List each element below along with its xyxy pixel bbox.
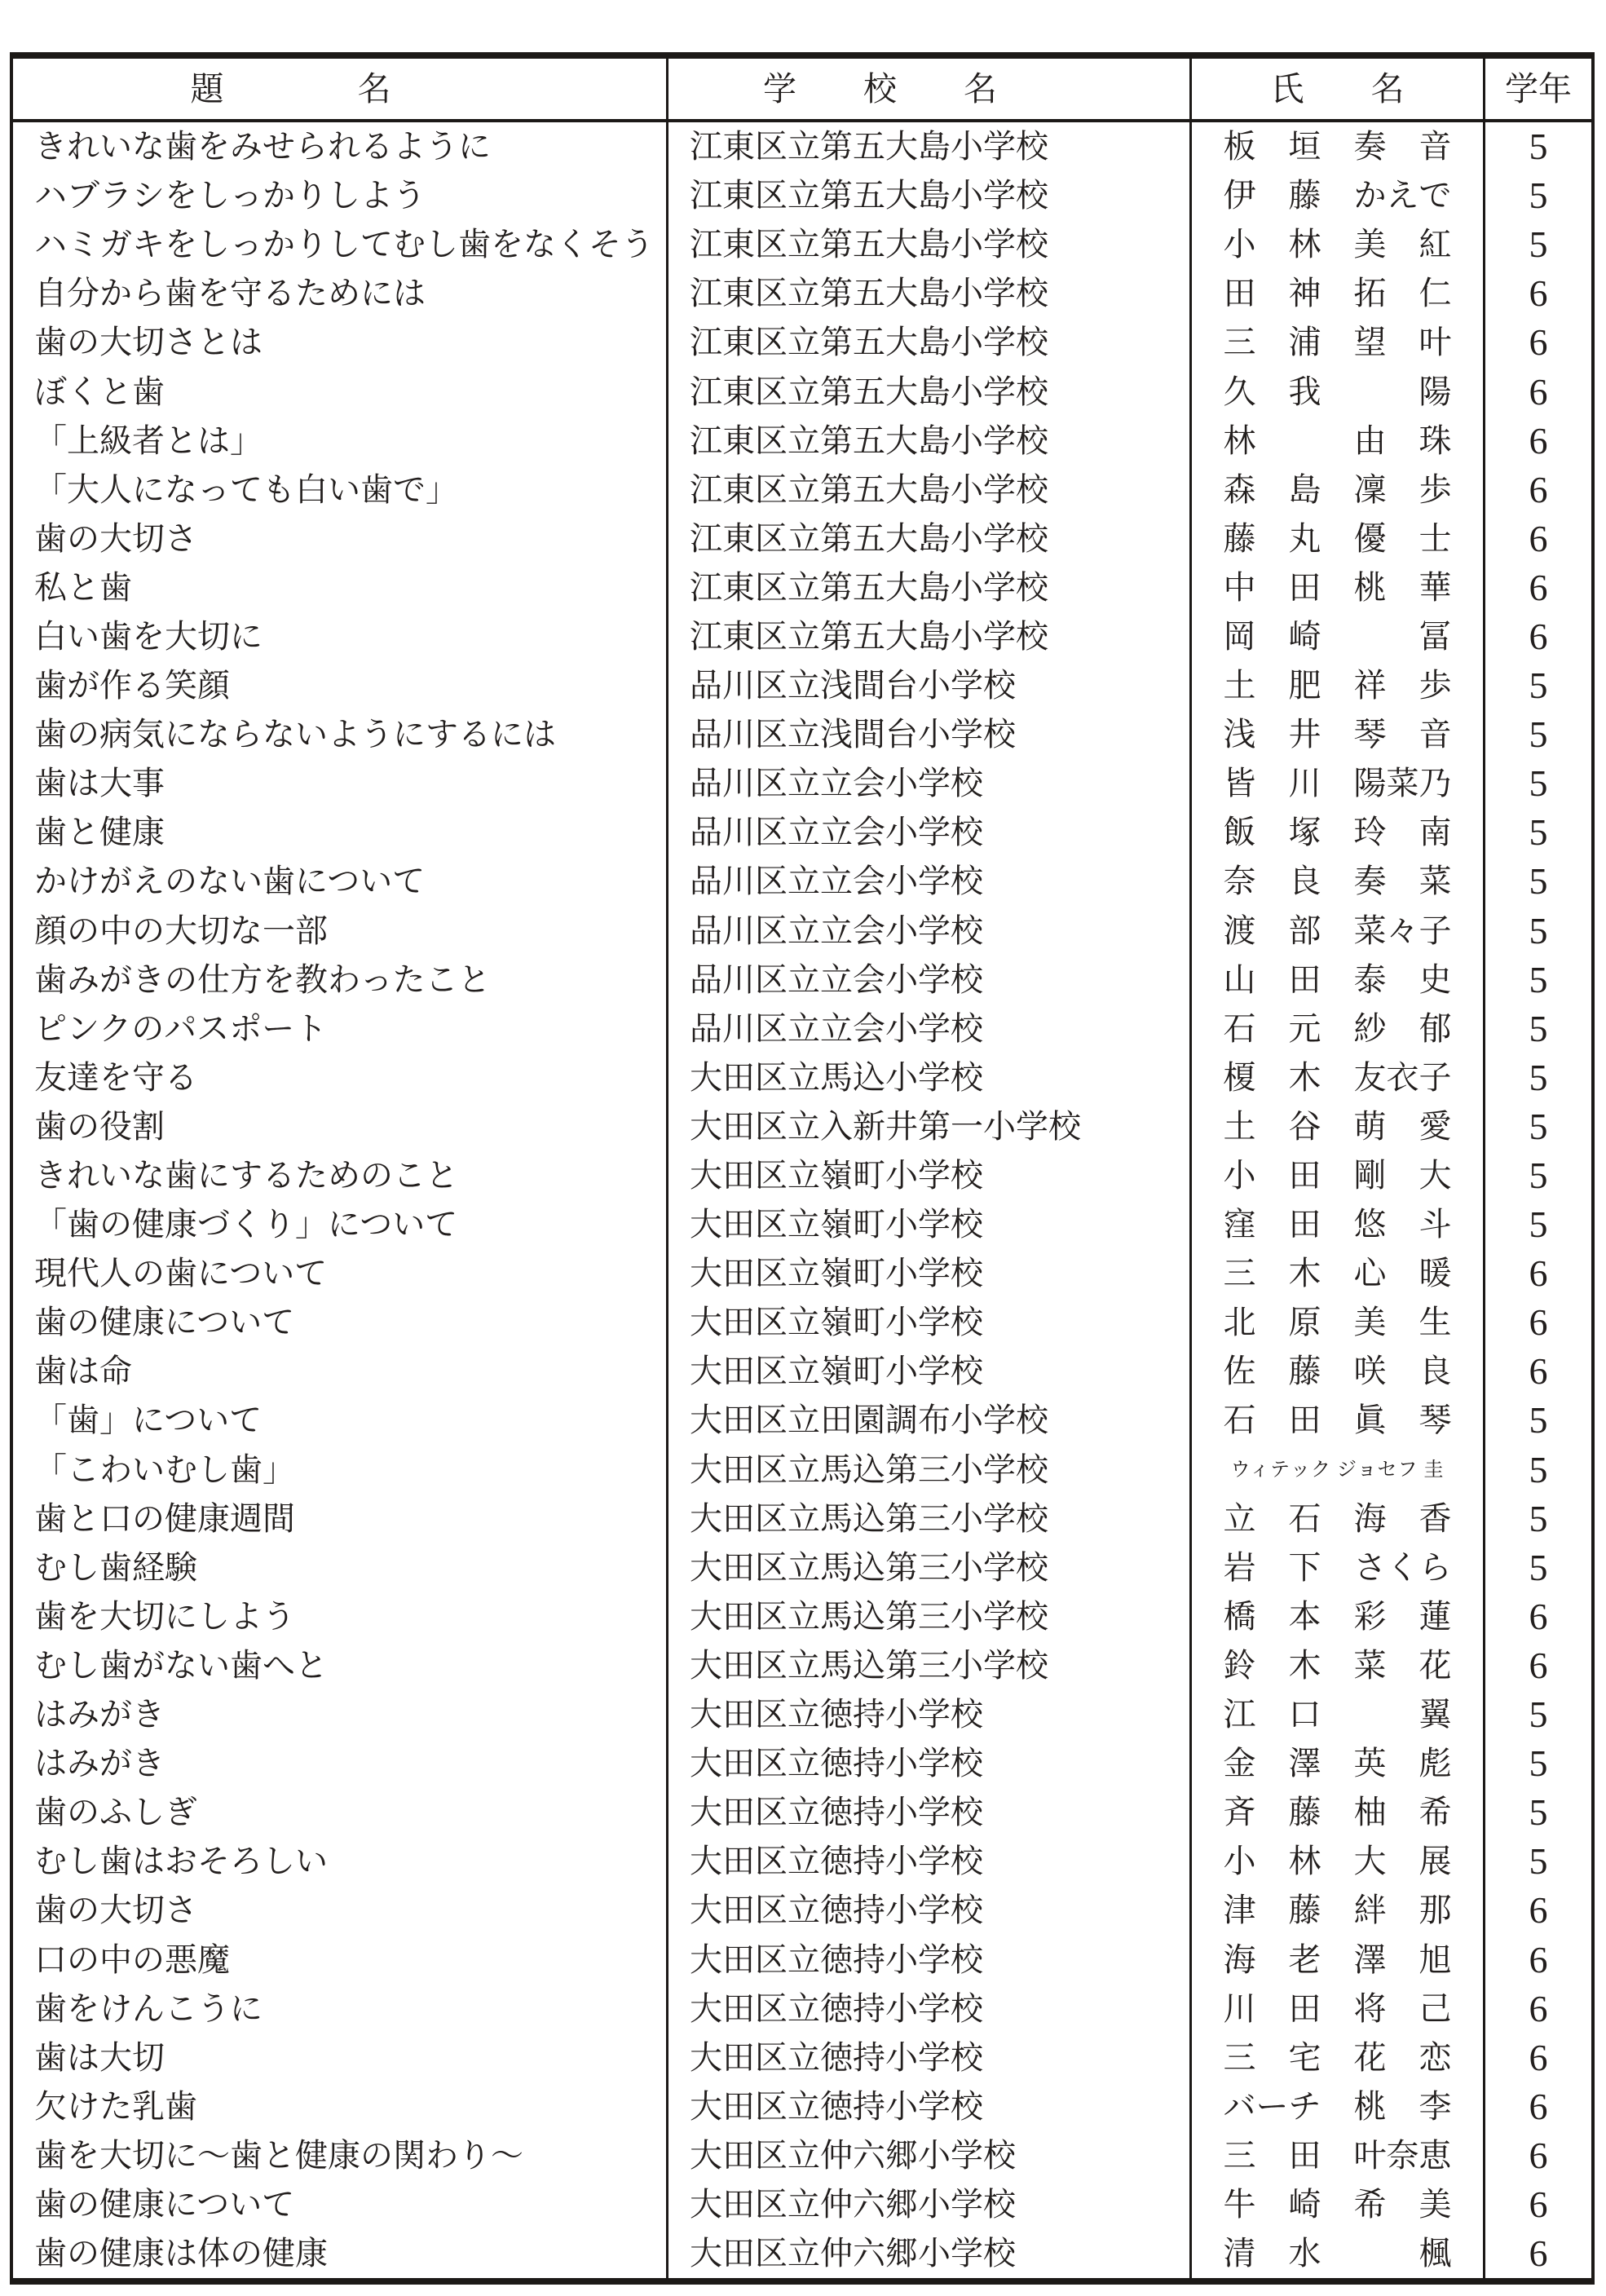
school-cell: 大田区立徳持小学校 (668, 1935, 1192, 1984)
table-row: 歯が作る笑顔 品川区立浅間台小学校 土 肥 祥 歩 5 (13, 661, 1591, 710)
name-cell: 小 田 剛 大 (1192, 1151, 1485, 1200)
table-row: 「こわいむし歯」 大田区立馬込第三小学校 ウィテック ジョセフ 圭 5 (13, 1446, 1591, 1495)
table-row: 歯をけんこうに 大田区立徳持小学校 川 田 将 己 6 (13, 1985, 1591, 2033)
name-cell: 土 谷 萌 愛 (1192, 1102, 1485, 1151)
school-cell: 大田区立馬込第三小学校 (668, 1641, 1192, 1690)
grade-cell: 5 (1485, 1200, 1591, 1249)
grade-cell: 5 (1485, 171, 1591, 220)
grade-cell: 6 (1485, 1592, 1591, 1641)
grade-cell: 6 (1485, 2082, 1591, 2131)
title-cell: 歯と口の健康週間 (13, 1495, 668, 1543)
school-cell: 品川区立浅間台小学校 (668, 661, 1192, 710)
table-body: きれいな歯をみせられるように 江東区立第五大島小学校 板 垣 奏 音 5 ハブラ… (13, 122, 1591, 2278)
table-row: はみがき 大田区立徳持小学校 江 口 翼 5 (13, 1690, 1591, 1739)
title-cell: ハブラシをしっかりしよう (13, 171, 668, 220)
title-cell: 歯の健康は体の健康 (13, 2229, 668, 2278)
school-cell: 大田区立徳持小学校 (668, 1690, 1192, 1739)
title-cell: 歯は大事 (13, 759, 668, 808)
name-cell: 金 澤 英 彪 (1192, 1739, 1485, 1788)
table-row: ハブラシをしっかりしよう 江東区立第五大島小学校 伊 藤 かえで 5 (13, 171, 1591, 220)
grade-cell: 5 (1485, 122, 1591, 171)
name-cell: 牛 崎 希 美 (1192, 2180, 1485, 2229)
table-row: 私と歯 江東区立第五大島小学校 中 田 桃 華 6 (13, 563, 1591, 612)
grade-cell: 5 (1485, 1690, 1591, 1739)
title-cell: 歯の大切さとは (13, 318, 668, 367)
grade-cell: 5 (1485, 1543, 1591, 1592)
title-cell: むし歯はおそろしい (13, 1837, 668, 1886)
table-row: むし歯はおそろしい 大田区立徳持小学校 小 林 大 展 5 (13, 1837, 1591, 1886)
grade-cell: 6 (1485, 612, 1591, 661)
grade-cell: 5 (1485, 1788, 1591, 1837)
grade-cell: 6 (1485, 1886, 1591, 1935)
grade-cell: 5 (1485, 1004, 1591, 1053)
table-row: 歯を大切にしよう 大田区立馬込第三小学校 橋 本 彩 蓮 6 (13, 1592, 1591, 1641)
grade-cell: 5 (1485, 661, 1591, 710)
table-row: きれいな歯にするためのこと 大田区立嶺町小学校 小 田 剛 大 5 (13, 1151, 1591, 1200)
name-cell: 田 神 拓 仁 (1192, 269, 1485, 318)
school-cell: 大田区立徳持小学校 (668, 2082, 1192, 2131)
grade-cell: 6 (1485, 1249, 1591, 1298)
grade-cell: 6 (1485, 2229, 1591, 2278)
name-cell: 榎 木 友衣子 (1192, 1053, 1485, 1102)
grade-cell: 5 (1485, 857, 1591, 906)
title-cell: むし歯経験 (13, 1543, 668, 1592)
title-cell: ハミガキをしっかりしてむし歯をなくそう (13, 220, 668, 269)
grade-cell: 6 (1485, 2180, 1591, 2229)
name-cell: 飯 塚 玲 南 (1192, 808, 1485, 857)
name-cell: 窪 田 悠 斗 (1192, 1200, 1485, 1249)
table-row: 歯の健康について 大田区立仲六郷小学校 牛 崎 希 美 6 (13, 2180, 1591, 2229)
title-cell: 歯の大切さ (13, 514, 668, 563)
table-row: むし歯がない歯へと 大田区立馬込第三小学校 鈴 木 菜 花 6 (13, 1641, 1591, 1690)
title-cell: 歯を大切にしよう (13, 1592, 668, 1641)
grade-cell: 6 (1485, 2131, 1591, 2180)
school-cell: 大田区立嶺町小学校 (668, 1347, 1192, 1396)
grade-cell: 5 (1485, 907, 1591, 956)
table-row: 歯のふしぎ 大田区立徳持小学校 斉 藤 柚 希 5 (13, 1788, 1591, 1837)
title-cell: 歯の健康について (13, 2180, 668, 2229)
title-cell: 歯が作る笑顔 (13, 661, 668, 710)
name-cell: 奈 良 奏 菜 (1192, 857, 1485, 906)
title-cell: 歯は命 (13, 1347, 668, 1396)
name-cell: 鈴 木 菜 花 (1192, 1641, 1485, 1690)
grade-cell: 5 (1485, 1151, 1591, 1200)
name-cell: 佐 藤 咲 良 (1192, 1347, 1485, 1396)
table-row: 口の中の悪魔 大田区立徳持小学校 海 老 澤 旭 6 (13, 1935, 1591, 1984)
title-cell: きれいな歯をみせられるように (13, 122, 668, 171)
header-row: 題 名 学 校 名 氏 名 学年 (13, 59, 1591, 122)
grade-cell: 5 (1485, 1102, 1591, 1151)
title-cell: 「上級者とは」 (13, 417, 668, 466)
grade-cell: 6 (1485, 2033, 1591, 2082)
name-cell: 中 田 桃 華 (1192, 563, 1485, 612)
name-cell: 小 林 大 展 (1192, 1837, 1485, 1886)
grade-cell: 6 (1485, 1935, 1591, 1984)
school-cell: 大田区立仲六郷小学校 (668, 2229, 1192, 2278)
table-row: 顔の中の大切な一部 品川区立立会小学校 渡 部 菜々子 5 (13, 907, 1591, 956)
name-cell: 三 木 心 暖 (1192, 1249, 1485, 1298)
table-row: 歯の病気にならないようにするには 品川区立浅間台小学校 浅 井 琴 音 5 (13, 710, 1591, 759)
title-cell: 友達を守る (13, 1053, 668, 1102)
school-cell: 品川区立立会小学校 (668, 1004, 1192, 1053)
school-cell: 江東区立第五大島小学校 (668, 417, 1192, 466)
table-row: ピンクのパスポート 品川区立立会小学校 石 元 紗 郁 5 (13, 1004, 1591, 1053)
title-cell: 現代人の歯について (13, 1249, 668, 1298)
name-cell: 斉 藤 柚 希 (1192, 1788, 1485, 1837)
grade-cell: 5 (1485, 1837, 1591, 1886)
table-row: きれいな歯をみせられるように 江東区立第五大島小学校 板 垣 奏 音 5 (13, 122, 1591, 171)
name-cell: 山 田 泰 史 (1192, 956, 1485, 1004)
table-row: かけがえのない歯について 品川区立立会小学校 奈 良 奏 菜 5 (13, 857, 1591, 906)
grade-cell: 6 (1485, 1347, 1591, 1396)
school-cell: 江東区立第五大島小学校 (668, 171, 1192, 220)
grade-cell: 5 (1485, 1495, 1591, 1543)
title-cell: 歯の大切さ (13, 1886, 668, 1935)
school-cell: 江東区立第五大島小学校 (668, 122, 1192, 171)
name-cell: 石 田 眞 琴 (1192, 1396, 1485, 1445)
title-cell: 歯の役割 (13, 1102, 668, 1151)
name-cell: 小 林 美 紅 (1192, 220, 1485, 269)
name-cell: 板 垣 奏 音 (1192, 122, 1485, 171)
name-cell: バーチ 桃 李 (1192, 2082, 1485, 2131)
grade-cell: 5 (1485, 1446, 1591, 1495)
table-row: 歯は命 大田区立嶺町小学校 佐 藤 咲 良 6 (13, 1347, 1591, 1396)
grade-cell: 5 (1485, 956, 1591, 1004)
title-cell: 歯みがきの仕方を教わったこと (13, 956, 668, 1004)
grade-cell: 6 (1485, 417, 1591, 466)
name-cell: 岡 崎 冨 (1192, 612, 1485, 661)
school-cell: 大田区立徳持小学校 (668, 2033, 1192, 2082)
school-cell: 大田区立徳持小学校 (668, 1837, 1192, 1886)
table-row: 歯の大切さとは 江東区立第五大島小学校 三 浦 望 叶 6 (13, 318, 1591, 367)
school-cell: 品川区立立会小学校 (668, 857, 1192, 906)
title-cell: 自分から歯を守るためには (13, 269, 668, 318)
header-school: 学 校 名 (668, 59, 1192, 119)
table-row: 白い歯を大切に 江東区立第五大島小学校 岡 崎 冨 6 (13, 612, 1591, 661)
table-row: 歯の健康は体の健康 大田区立仲六郷小学校 清 水 楓 6 (13, 2229, 1591, 2278)
school-cell: 大田区立馬込第三小学校 (668, 1592, 1192, 1641)
school-cell: 江東区立第五大島小学校 (668, 466, 1192, 514)
title-cell: 歯と健康 (13, 808, 668, 857)
grade-cell: 5 (1485, 808, 1591, 857)
name-cell: 江 口 翼 (1192, 1690, 1485, 1739)
table-row: 自分から歯を守るためには 江東区立第五大島小学校 田 神 拓 仁 6 (13, 269, 1591, 318)
name-cell: 三 浦 望 叶 (1192, 318, 1485, 367)
title-cell: 歯の病気にならないようにするには (13, 710, 668, 759)
title-cell: 歯は大切 (13, 2033, 668, 2082)
name-cell: 橋 本 彩 蓮 (1192, 1592, 1485, 1641)
grade-cell: 6 (1485, 269, 1591, 318)
school-cell: 江東区立第五大島小学校 (668, 612, 1192, 661)
grade-cell: 5 (1485, 710, 1591, 759)
name-cell: 林 由 珠 (1192, 417, 1485, 466)
school-cell: 大田区立嶺町小学校 (668, 1151, 1192, 1200)
school-cell: 大田区立馬込第三小学校 (668, 1543, 1192, 1592)
table-row: はみがき 大田区立徳持小学校 金 澤 英 彪 5 (13, 1739, 1591, 1788)
school-cell: 江東区立第五大島小学校 (668, 318, 1192, 367)
title-cell: 「歯」について (13, 1396, 668, 1445)
table-row: 歯と口の健康週間 大田区立馬込第三小学校 立 石 海 香 5 (13, 1495, 1591, 1543)
title-cell: ぼくと歯 (13, 367, 668, 416)
table-row: 歯の役割 大田区立入新井第一小学校 土 谷 萌 愛 5 (13, 1102, 1591, 1151)
grade-cell: 5 (1485, 1053, 1591, 1102)
table-row: 歯の健康について 大田区立嶺町小学校 北 原 美 生 6 (13, 1298, 1591, 1347)
school-cell: 大田区立徳持小学校 (668, 1739, 1192, 1788)
title-cell: むし歯がない歯へと (13, 1641, 668, 1690)
school-cell: 大田区立徳持小学校 (668, 1886, 1192, 1935)
school-cell: 品川区立立会小学校 (668, 907, 1192, 956)
title-cell: 欠けた乳歯 (13, 2082, 668, 2131)
grade-cell: 6 (1485, 514, 1591, 563)
school-cell: 大田区立馬込第三小学校 (668, 1495, 1192, 1543)
school-cell: 大田区立嶺町小学校 (668, 1249, 1192, 1298)
title-cell: 私と歯 (13, 563, 668, 612)
name-cell: 岩 下 さくら (1192, 1543, 1485, 1592)
name-cell: 皆 川 陽菜乃 (1192, 759, 1485, 808)
table-row: 歯は大事 品川区立立会小学校 皆 川 陽菜乃 5 (13, 759, 1591, 808)
school-cell: 大田区立嶺町小学校 (668, 1298, 1192, 1347)
title-cell: きれいな歯にするためのこと (13, 1151, 668, 1200)
school-cell: 大田区立仲六郷小学校 (668, 2180, 1192, 2229)
results-table: 題 名 学 校 名 氏 名 学年 きれいな歯をみせられるように 江東区立第五大島… (10, 52, 1595, 2285)
school-cell: 江東区立第五大島小学校 (668, 514, 1192, 563)
name-cell: 森 島 凜 歩 (1192, 466, 1485, 514)
name-cell: 伊 藤 かえで (1192, 171, 1485, 220)
table-row: 「歯」について 大田区立田園調布小学校 石 田 眞 琴 5 (13, 1396, 1591, 1445)
name-cell: 川 田 将 己 (1192, 1985, 1485, 2033)
school-cell: 品川区立立会小学校 (668, 956, 1192, 1004)
header-grade: 学年 (1485, 59, 1591, 119)
school-cell: 品川区立浅間台小学校 (668, 710, 1192, 759)
table-row: 歯の大切さ 江東区立第五大島小学校 藤 丸 優 士 6 (13, 514, 1591, 563)
name-cell: 海 老 澤 旭 (1192, 1935, 1485, 1984)
title-cell: はみがき (13, 1739, 668, 1788)
table-row: 「大人になっても白い歯で」 江東区立第五大島小学校 森 島 凜 歩 6 (13, 466, 1591, 514)
name-cell: 土 肥 祥 歩 (1192, 661, 1485, 710)
name-cell: 清 水 楓 (1192, 2229, 1485, 2278)
title-cell: 歯の健康について (13, 1298, 668, 1347)
school-cell: 江東区立第五大島小学校 (668, 563, 1192, 612)
school-cell: 大田区立馬込小学校 (668, 1053, 1192, 1102)
grade-cell: 5 (1485, 1739, 1591, 1788)
table-row: 歯を大切に～歯と健康の関わり～ 大田区立仲六郷小学校 三 田 叶奈恵 6 (13, 2131, 1591, 2180)
school-cell: 大田区立馬込第三小学校 (668, 1446, 1192, 1495)
name-cell: 三 宅 花 恋 (1192, 2033, 1485, 2082)
school-cell: 大田区立仲六郷小学校 (668, 2131, 1192, 2180)
school-cell: 江東区立第五大島小学校 (668, 269, 1192, 318)
table-row: 歯の大切さ 大田区立徳持小学校 津 藤 絆 那 6 (13, 1886, 1591, 1935)
name-cell: 北 原 美 生 (1192, 1298, 1485, 1347)
school-cell: 大田区立嶺町小学校 (668, 1200, 1192, 1249)
school-cell: 大田区立徳持小学校 (668, 1985, 1192, 2033)
name-cell: 三 田 叶奈恵 (1192, 2131, 1485, 2180)
school-cell: 江東区立第五大島小学校 (668, 367, 1192, 416)
table-row: ハミガキをしっかりしてむし歯をなくそう 江東区立第五大島小学校 小 林 美 紅 … (13, 220, 1591, 269)
title-cell: 歯を大切に～歯と健康の関わり～ (13, 2131, 668, 2180)
school-cell: 大田区立田園調布小学校 (668, 1396, 1192, 1445)
table-row: 友達を守る 大田区立馬込小学校 榎 木 友衣子 5 (13, 1053, 1591, 1102)
title-cell: 歯をけんこうに (13, 1985, 668, 2033)
table-row: 歯みがきの仕方を教わったこと 品川区立立会小学校 山 田 泰 史 5 (13, 956, 1591, 1004)
table-row: 歯は大切 大田区立徳持小学校 三 宅 花 恋 6 (13, 2033, 1591, 2082)
name-cell: 久 我 陽 (1192, 367, 1485, 416)
table-row: ぼくと歯 江東区立第五大島小学校 久 我 陽 6 (13, 367, 1591, 416)
table-row: 現代人の歯について 大田区立嶺町小学校 三 木 心 暖 6 (13, 1249, 1591, 1298)
grade-cell: 6 (1485, 1641, 1591, 1690)
header-title: 題 名 (13, 59, 668, 119)
name-cell: 立 石 海 香 (1192, 1495, 1485, 1543)
grade-cell: 6 (1485, 1298, 1591, 1347)
name-cell: 石 元 紗 郁 (1192, 1004, 1485, 1053)
title-cell: 歯のふしぎ (13, 1788, 668, 1837)
school-cell: 大田区立入新井第一小学校 (668, 1102, 1192, 1151)
table-row: むし歯経験 大田区立馬込第三小学校 岩 下 さくら 5 (13, 1543, 1591, 1592)
title-cell: ピンクのパスポート (13, 1004, 668, 1053)
school-cell: 江東区立第五大島小学校 (668, 220, 1192, 269)
school-cell: 大田区立徳持小学校 (668, 1788, 1192, 1837)
title-cell: 「こわいむし歯」 (13, 1446, 668, 1495)
grade-cell: 6 (1485, 466, 1591, 514)
name-cell: 渡 部 菜々子 (1192, 907, 1485, 956)
title-cell: かけがえのない歯について (13, 857, 668, 906)
grade-cell: 5 (1485, 1396, 1591, 1445)
table-row: 「歯の健康づくり」について 大田区立嶺町小学校 窪 田 悠 斗 5 (13, 1200, 1591, 1249)
name-cell: 津 藤 絆 那 (1192, 1886, 1485, 1935)
grade-cell: 6 (1485, 367, 1591, 416)
title-cell: 「歯の健康づくり」について (13, 1200, 668, 1249)
grade-cell: 6 (1485, 318, 1591, 367)
grade-cell: 5 (1485, 759, 1591, 808)
title-cell: 白い歯を大切に (13, 612, 668, 661)
title-cell: 「大人になっても白い歯で」 (13, 466, 668, 514)
title-cell: 顔の中の大切な一部 (13, 907, 668, 956)
table-row: 歯と健康 品川区立立会小学校 飯 塚 玲 南 5 (13, 808, 1591, 857)
name-cell: ウィテック ジョセフ 圭 (1192, 1446, 1485, 1495)
grade-cell: 5 (1485, 220, 1591, 269)
grade-cell: 6 (1485, 563, 1591, 612)
table-row: 「上級者とは」 江東区立第五大島小学校 林 由 珠 6 (13, 417, 1591, 466)
grade-cell: 6 (1485, 1985, 1591, 2033)
title-cell: はみがき (13, 1690, 668, 1739)
header-name: 氏 名 (1192, 59, 1485, 119)
school-cell: 品川区立立会小学校 (668, 759, 1192, 808)
name-cell: 藤 丸 優 士 (1192, 514, 1485, 563)
name-cell: 浅 井 琴 音 (1192, 710, 1485, 759)
school-cell: 品川区立立会小学校 (668, 808, 1192, 857)
table-row: 欠けた乳歯 大田区立徳持小学校 バーチ 桃 李 6 (13, 2082, 1591, 2131)
title-cell: 口の中の悪魔 (13, 1935, 668, 1984)
